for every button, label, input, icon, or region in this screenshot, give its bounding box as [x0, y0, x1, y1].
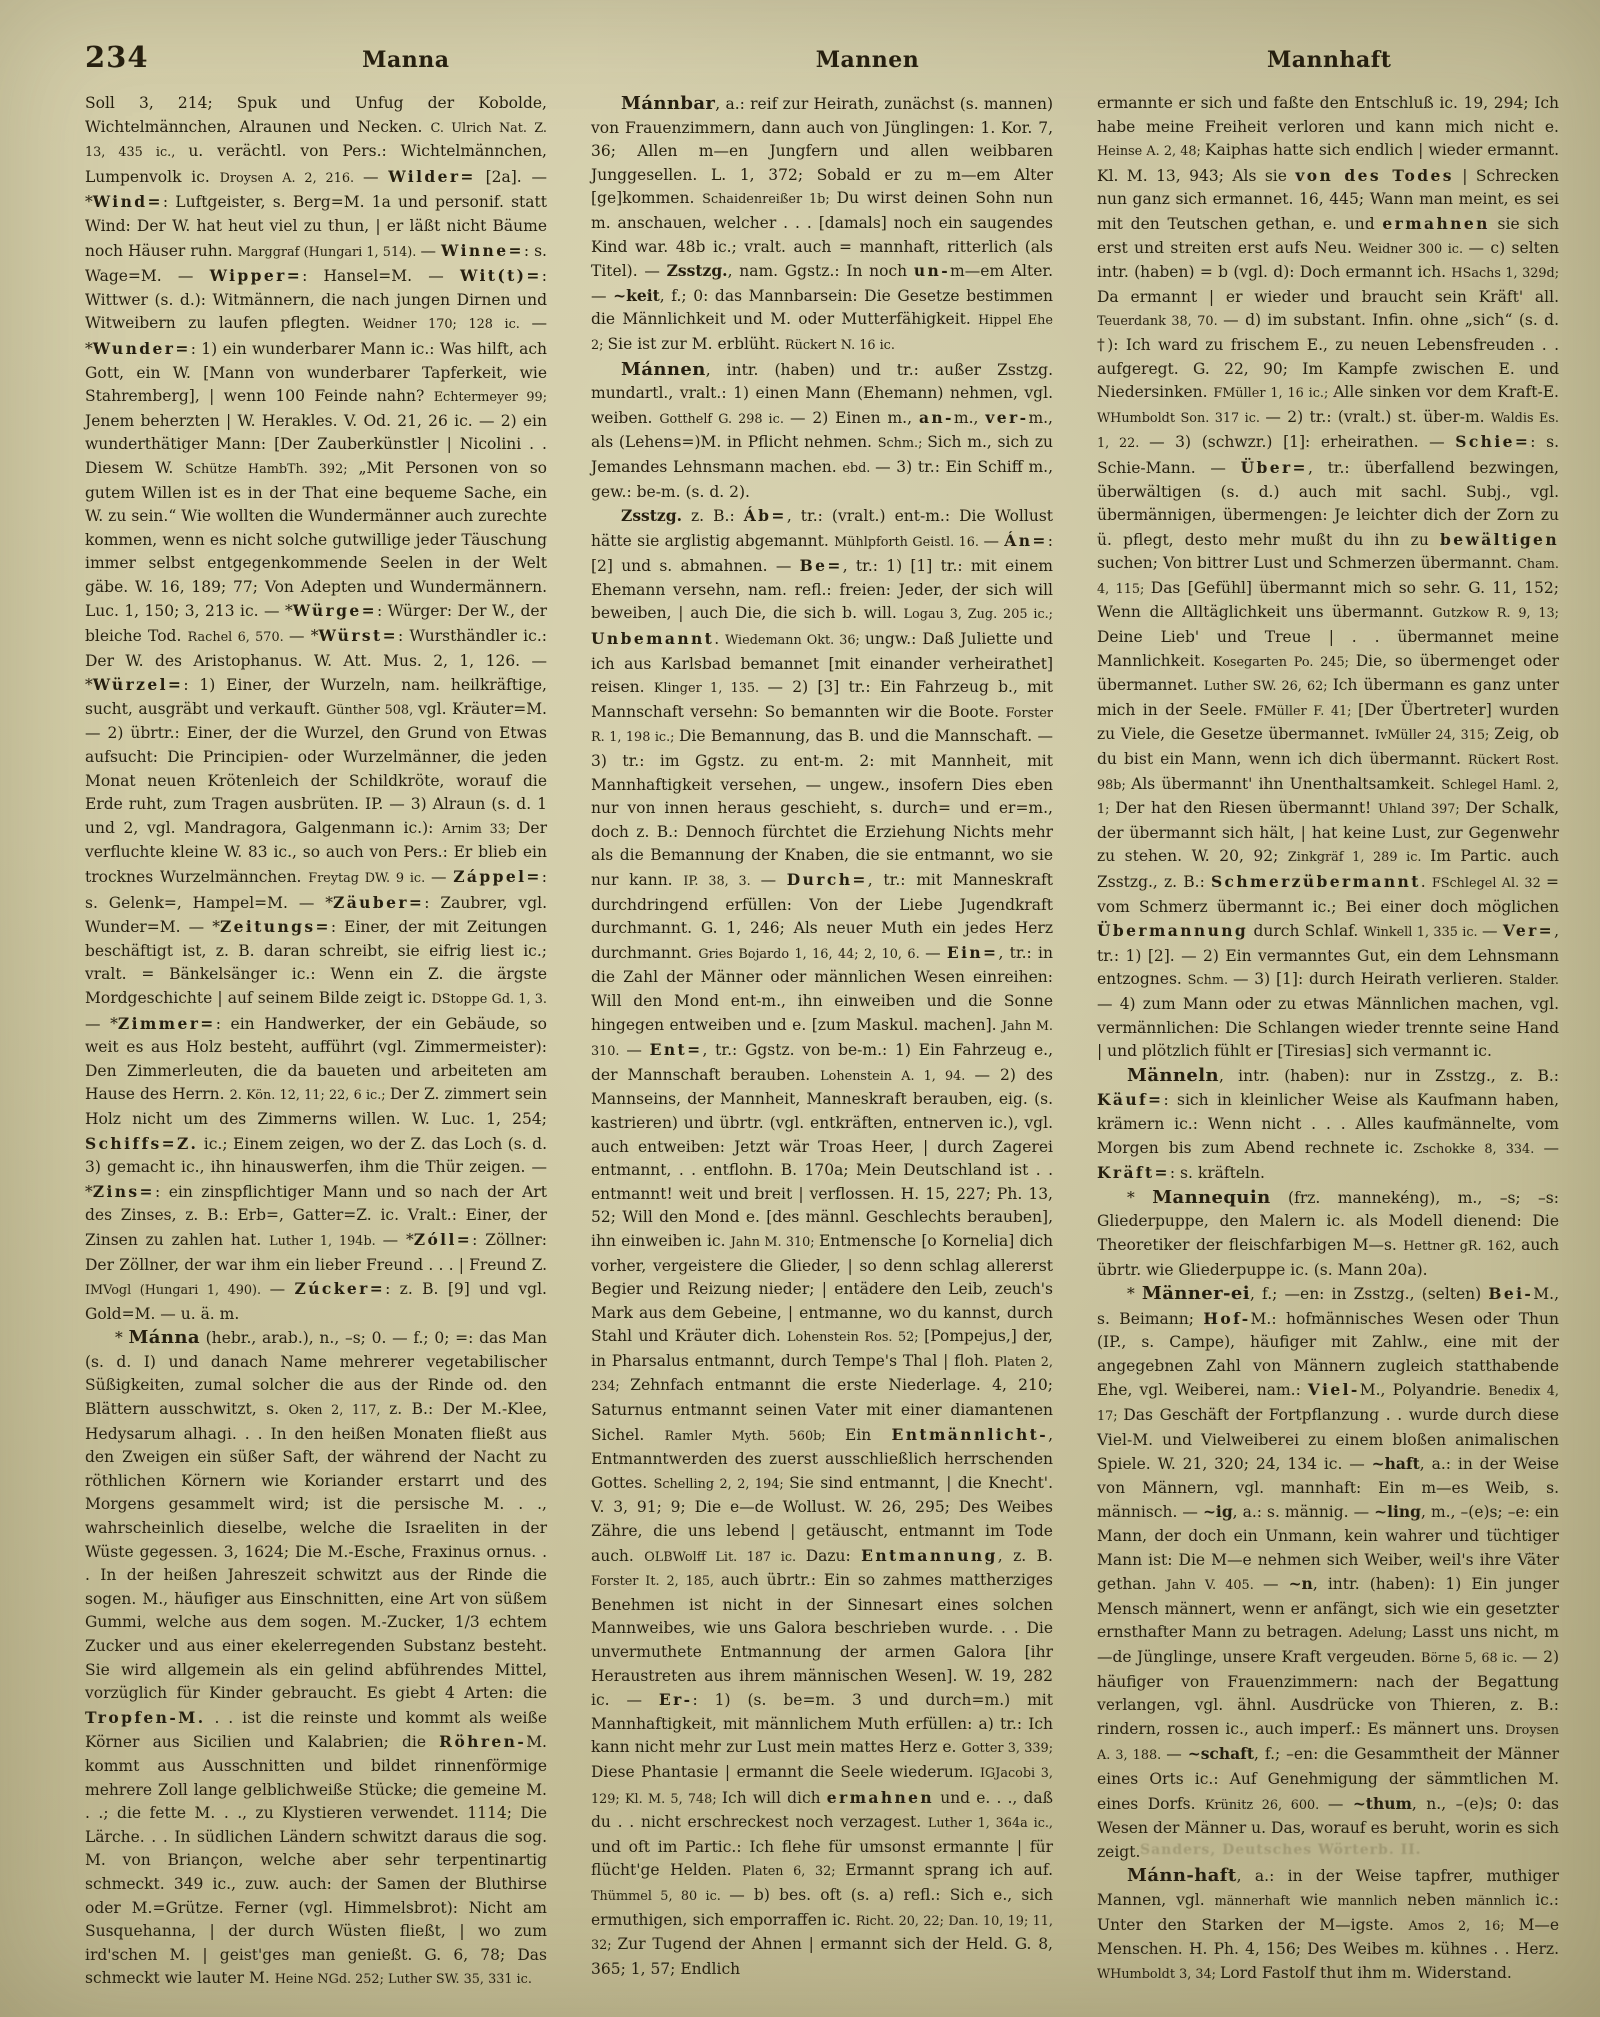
- text-segment: ~schaft: [1188, 1744, 1254, 1763]
- text-segment: , z. B.: [998, 1547, 1053, 1565]
- text-segment: Würge=: [293, 601, 377, 620]
- text-segment: — *: [85, 1015, 118, 1033]
- paragraph: Soll 3, 214; Spuk und Unfug der Kobolde,…: [85, 92, 547, 1326]
- entry-headword: Mannequin: [1152, 1187, 1270, 1208]
- text-segment: Unbemannt: [591, 629, 714, 648]
- text-columns: Soll 3, 214; Spuk und Unfug der Kobolde,…: [85, 92, 1560, 2017]
- text-segment: ver-: [985, 408, 1028, 427]
- text-segment: , nam. Ggstz.: In noch: [728, 262, 914, 280]
- text-segment: Wilder=: [388, 167, 476, 186]
- text-segment: WHumboldt Son. 317 ic.: [1097, 411, 1265, 426]
- text-segment: Jahn V. 405.: [1167, 1578, 1263, 1593]
- text-segment: an-: [919, 408, 954, 427]
- text-segment: Ent=: [650, 1040, 703, 1059]
- text-segment: ~n: [1289, 1574, 1313, 1593]
- text-segment: ermahnen: [827, 1788, 934, 1807]
- text-segment: ermahnen: [1382, 214, 1489, 233]
- entry-headword: Mánnbar: [621, 93, 715, 114]
- text-segment: Zóll=: [414, 1230, 472, 1249]
- text-segment: Logau 3, Zug. 205 ic.;: [904, 607, 1053, 622]
- page-number: 234: [85, 40, 175, 74]
- text-segment: Bei-: [1488, 1284, 1533, 1303]
- text-segment: Heine NGd. 252; Luther SW. 35, 331 ic.: [275, 1972, 532, 1987]
- text-segment: M. kommt aus Ausschnitten und bildet rin…: [85, 1733, 547, 1987]
- text-segment: z. B.: Der M.-Klee, Hedysarum alhagi. . …: [85, 1400, 547, 1702]
- text-segment: , f.; —en: in Zsstzg., (selten): [1250, 1285, 1488, 1303]
- text-segment: — 2) des Mannseins, der Mannheit, Mannes…: [591, 1066, 1053, 1250]
- text-segment: FSchlegel Al. 32: [1432, 876, 1546, 891]
- text-segment: durch Schlaf.: [1248, 922, 1363, 940]
- text-segment: —: [925, 944, 947, 962]
- text-segment: Übermannung: [1097, 921, 1248, 940]
- text-segment: Be=: [800, 556, 843, 575]
- text-segment: Zins=: [93, 1182, 155, 1201]
- text-segment: IMVogl (Hungari 1, 490).: [85, 1283, 270, 1298]
- text-segment: ~haft: [1372, 1454, 1420, 1473]
- text-segment: Als übermannt' ihn Unenthaltsamkeit.: [1131, 775, 1441, 793]
- text-segment: Droysen A. 2, 216.: [220, 171, 363, 186]
- text-segment: : s. kräfteln.: [1170, 1164, 1265, 1182]
- text-segment: Wipper=: [210, 266, 303, 285]
- text-segment: Gotter 3, 339;: [962, 1741, 1053, 1756]
- text-segment: —: [1482, 922, 1503, 940]
- text-segment: Er-: [659, 1690, 693, 1709]
- text-segment: Kräft=: [1097, 1163, 1170, 1182]
- text-segment: Ein=: [947, 943, 999, 962]
- text-segment: — 2) Einen m.,: [790, 409, 919, 427]
- text-segment: männerhaft: [1215, 1894, 1291, 1909]
- text-segment: Zäuber=: [333, 893, 424, 912]
- running-head: 234 Manna Mannen Mannhaft: [85, 40, 1560, 74]
- text-segment: Winne=: [441, 241, 524, 260]
- text-segment: ermannte er sich und faßte den Entschluß…: [1097, 94, 1559, 136]
- paragraph: Mánnen, intr. (haben) und tr.: außer Zss…: [591, 358, 1053, 505]
- text-segment: Ermannt sprang ich auf.: [845, 1861, 1053, 1879]
- text-segment: —: [420, 242, 441, 260]
- text-segment: Zur Tugend der Ahnen | ermannt sich der …: [591, 1935, 1053, 1978]
- text-segment: IvMüller 24, 315;: [1375, 728, 1494, 743]
- text-segment: Amos 2, 16;: [1409, 1919, 1519, 1934]
- text-segment: Heinse A. 2, 48;: [1097, 144, 1205, 159]
- text-segment: Thümmel 5, 80 ic.: [591, 1889, 729, 1904]
- paragraph: * Männer-ei, f.; —en: in Zsstzg., (selte…: [1097, 1282, 1559, 1864]
- text-segment: Schütze HambTh. 392;: [185, 462, 358, 477]
- column-middle: Mánnbar, a.: reif zur Heirath, zunächst …: [591, 92, 1053, 2017]
- text-segment: —: [983, 532, 1004, 550]
- text-segment: Diese Phantasie | ermannt die Seele wied…: [591, 1763, 980, 1781]
- text-segment: Der hat den Riesen übermannt!: [1115, 799, 1378, 817]
- column-right: ermannte er sich und faßte den Entschluß…: [1097, 92, 1559, 2017]
- text-segment: Uhland 397;: [1378, 802, 1466, 817]
- text-segment: Käuf=: [1097, 1090, 1163, 1109]
- text-segment: Jahn M. 310;: [731, 1235, 819, 1250]
- column-header-manna: Manna: [175, 47, 637, 73]
- text-segment: Würst=: [318, 626, 398, 645]
- text-segment: Án=: [1004, 531, 1047, 550]
- text-segment: —: [1328, 1795, 1353, 1813]
- text-segment: — 2) tr.: (vralt.) st. über-m.: [1265, 408, 1491, 426]
- text-segment: — *: [383, 1231, 414, 1249]
- text-segment: Weidner 170; 128 ic.: [363, 317, 532, 332]
- column-left: Soll 3, 214; Spuk und Unfug der Kobolde,…: [85, 92, 547, 2017]
- text-segment: Die Bemannung, das B. und die Mannschaft…: [591, 727, 1053, 889]
- text-segment: Zeitungs=: [220, 917, 331, 936]
- text-segment: *: [115, 1329, 128, 1347]
- text-segment: Weidner 300 ic.: [1358, 242, 1468, 257]
- text-segment: von des Todes: [1295, 166, 1454, 185]
- text-segment: Kosegarten Po. 245;: [1213, 655, 1356, 670]
- text-segment: wie: [1290, 1891, 1337, 1909]
- text-segment: Zinkgräf 1, 289 ic.: [1288, 850, 1430, 865]
- text-segment: Schelling 2, 2, 194;: [654, 1477, 790, 1492]
- text-segment: Gutzkow R. 9, 13;: [1432, 606, 1559, 621]
- text-segment: Schiffs=Z.: [85, 1134, 198, 1153]
- text-segment: *: [1127, 1285, 1142, 1303]
- text-segment: auch übrtr.: Ein so zahmes mattherziges …: [591, 1571, 1053, 1709]
- text-segment: *: [1127, 1189, 1152, 1207]
- text-segment: Wunder=: [93, 339, 191, 358]
- text-segment: Marggraf (Hungari 1, 514).: [238, 245, 421, 260]
- text-segment: ~thum: [1353, 1794, 1412, 1813]
- text-segment: .: [714, 630, 725, 648]
- text-segment: —: [363, 168, 388, 186]
- text-segment: suchen; Von bittrer Lust und Schmerzen ü…: [1097, 554, 1517, 572]
- text-segment: Schm.;: [878, 436, 928, 451]
- entry-headword: Mánn-haft: [1127, 1865, 1237, 1886]
- text-segment: Günther 508,: [326, 703, 418, 718]
- text-segment: ~ig: [1203, 1502, 1233, 1521]
- text-segment: Oken 2, 117,: [288, 1403, 389, 1418]
- paragraph: Zsstzg. z. B.: Áb=, tr.: (vralt.) ent-m.…: [591, 504, 1053, 1981]
- text-segment: Stalder.: [1509, 973, 1559, 988]
- text-segment: Da ermannt | er wieder und braucht sein …: [1097, 288, 1559, 306]
- paragraph: ermannte er sich und faßte den Entschluß…: [1097, 92, 1559, 1064]
- text-segment: HSachs 1, 329d;: [1451, 266, 1559, 281]
- text-segment: Krünitz 26, 600.: [1205, 1798, 1328, 1813]
- text-segment: —: [270, 1280, 295, 1298]
- column-header-mannen: Mannen: [637, 47, 1099, 73]
- text-segment: Lohenstein Ros. 52;: [787, 1330, 924, 1345]
- text-segment: vgl. Kräuter=M. — 2) übrtr.: Einer, der …: [85, 700, 547, 837]
- text-segment: Arnim 33;: [442, 822, 518, 837]
- text-segment: z. B.:: [682, 507, 744, 525]
- text-segment: , intr. (haben): nur in Zsstzg., z. B.:: [1219, 1067, 1559, 1085]
- paragraph: * Mannequin (frz. mannekéng), m., –s; –s…: [1097, 1186, 1559, 1282]
- text-segment: Wiedemann Okt. 36;: [725, 633, 865, 648]
- text-segment: Mühlpforth Geistl. 16.: [834, 535, 983, 550]
- text-segment: Zúcker=: [295, 1279, 386, 1298]
- text-segment: Sie ist zur M. erblüht.: [608, 335, 785, 353]
- text-segment: Ich will dich: [722, 1789, 827, 1807]
- text-segment: Entmannung: [861, 1546, 998, 1565]
- text-segment: Rückert N. 16 ic.: [785, 338, 895, 353]
- sheet-signature-showthrough: Sanders, Deutsches Wörterb. II.: [1140, 1842, 1422, 1858]
- text-segment: neben: [1397, 1891, 1465, 1909]
- text-segment: Tropfen-M.: [85, 1708, 206, 1727]
- text-segment: —: [431, 868, 453, 886]
- text-segment: „Mit Personen von so gutem Willen ist es…: [85, 459, 547, 621]
- text-segment: ~keit: [613, 286, 660, 305]
- text-segment: Alle sinken vor dem Kraft-E.: [1333, 383, 1559, 401]
- entry-headword: Männer-ei: [1142, 1283, 1250, 1304]
- paragraph: Mánnbar, a.: reif zur Heirath, zunächst …: [591, 92, 1053, 358]
- text-segment: — *: [289, 627, 318, 645]
- paragraph: Mánn-haft, a.: in der Weise tapfrer, mut…: [1097, 1864, 1559, 1986]
- text-segment: Forster It. 2, 185,: [591, 1574, 721, 1589]
- text-segment: Schm.: [1188, 973, 1233, 988]
- text-segment: Ein: [845, 1426, 892, 1444]
- paragraph: * Mánna (hebr., arab.), n., –s; 0. — f.;…: [85, 1326, 547, 1992]
- text-segment: DStoppe Gd. 1, 3.: [432, 992, 547, 1007]
- text-segment: Hettner gR. 162,: [1403, 1239, 1521, 1254]
- entry-headword: Mánna: [128, 1327, 199, 1348]
- dictionary-page-scan: 234 Manna Mannen Mannhaft Soll 3, 214; S…: [0, 0, 1600, 2017]
- text-segment: Schie=: [1455, 432, 1530, 451]
- text-segment: Záppel=: [453, 867, 542, 886]
- text-segment: .: [1421, 873, 1432, 891]
- text-segment: Luther 1, 194b.: [269, 1234, 383, 1249]
- text-segment: Schmerzübermannt: [1211, 872, 1421, 891]
- text-segment: Lord Fastolf thut ihm m. Widerstand.: [1220, 1964, 1512, 1982]
- text-segment: FMüller 1, 16 ic.;: [1213, 386, 1333, 401]
- text-segment: Zimmer=: [118, 1014, 216, 1033]
- text-segment: —: [1544, 1139, 1560, 1157]
- text-segment: Börne 5, 68 ic.: [1421, 1651, 1522, 1666]
- text-segment: WHumboldt 3, 34;: [1097, 1967, 1220, 1982]
- entry-headword: Männeln: [1127, 1065, 1219, 1086]
- text-segment: Rachel 6, 570.: [188, 630, 289, 645]
- text-segment: , a.: s. männig. —: [1233, 1503, 1374, 1521]
- text-segment: Winkell 1, 335 ic.: [1364, 925, 1482, 940]
- text-segment: Zschokke 8, 334.: [1413, 1142, 1543, 1157]
- text-segment: Áb=: [744, 506, 787, 525]
- text-segment: —: [1263, 1575, 1289, 1593]
- text-segment: Echtermeyer 99;: [434, 390, 547, 405]
- text-segment: Röhren-: [439, 1732, 526, 1751]
- text-segment: FMüller F. 41;: [1255, 704, 1358, 719]
- text-segment: Platen 6, 32;: [742, 1864, 845, 1879]
- text-segment: Freytag DW. 9 ic.: [308, 871, 431, 886]
- text-segment: ebd.: [842, 461, 875, 476]
- text-segment: männlich: [1465, 1894, 1525, 1909]
- text-segment: Ramler Myth. 560b;: [665, 1429, 845, 1444]
- text-segment: Zsstzg.: [667, 261, 728, 280]
- text-segment: Schaidenreißer 1b;: [702, 192, 836, 207]
- text-segment: Gotthelf G. 298 ic.: [659, 412, 790, 427]
- text-segment: — 3) [1]: durch Heirath verlieren.: [1233, 970, 1509, 988]
- text-segment: OLBWolff Lit. 187 ic.: [644, 1550, 805, 1565]
- column-headers: Manna Mannen Mannhaft: [175, 47, 1560, 73]
- text-segment: ~ling: [1374, 1502, 1421, 1521]
- text-segment: —: [761, 871, 787, 889]
- text-segment: Teuerdank 38, 70.: [1097, 314, 1223, 329]
- paragraph: Männeln, intr. (haben): nur in Zsstzg., …: [1097, 1064, 1559, 1186]
- text-segment: — 3) (schwzr.) [1]: erheirathen. —: [1149, 433, 1455, 451]
- text-segment: Lohenstein A. 1, 94.: [820, 1069, 974, 1084]
- text-segment: —: [626, 1041, 649, 1059]
- text-segment: un-: [914, 261, 950, 280]
- text-segment: Ver=: [1503, 921, 1554, 940]
- text-segment: Hof-: [1203, 1309, 1250, 1328]
- column-header-mannhaft: Mannhaft: [1098, 47, 1560, 73]
- text-segment: Gries Bojardo 1, 16, 44; 2, 10, 6.: [698, 947, 925, 962]
- entry-headword: Mánnen: [621, 359, 706, 380]
- text-segment: Entmännlicht-: [892, 1425, 1049, 1444]
- text-segment: mannlich: [1338, 1894, 1398, 1909]
- text-segment: m.,: [954, 409, 985, 427]
- text-segment: Adelung;: [1349, 1626, 1412, 1641]
- text-segment: Dazu:: [806, 1547, 861, 1565]
- text-segment: Wind=: [93, 192, 163, 211]
- text-segment: IP. 38, 3.: [683, 874, 760, 889]
- text-segment: : Hansel=M. —: [302, 267, 460, 285]
- text-segment: Durch=: [787, 870, 868, 889]
- text-segment: Zsstzg.: [621, 506, 682, 525]
- text-segment: — 4) zum Mann oder zu etwas Männlichen m…: [1097, 995, 1559, 1060]
- text-segment: Luther 1, 364a ic.,: [928, 1816, 1053, 1831]
- text-segment: Klinger 1, 135.: [654, 681, 768, 696]
- text-segment: —: [1166, 1745, 1187, 1763]
- text-segment: Viel-: [1308, 1380, 1360, 1399]
- text-segment: Wit(t)=: [460, 266, 542, 285]
- text-segment: M., Polyandrie.: [1360, 1381, 1488, 1399]
- text-segment: bewältigen: [1440, 530, 1559, 549]
- text-segment: Luther SW. 26, 62;: [1204, 679, 1333, 694]
- text-segment: 2. Kön. 12, 11; 22, 6 ic.;: [230, 1088, 390, 1103]
- text-segment: Würzel=: [93, 675, 184, 694]
- text-segment: Über=: [1241, 458, 1308, 477]
